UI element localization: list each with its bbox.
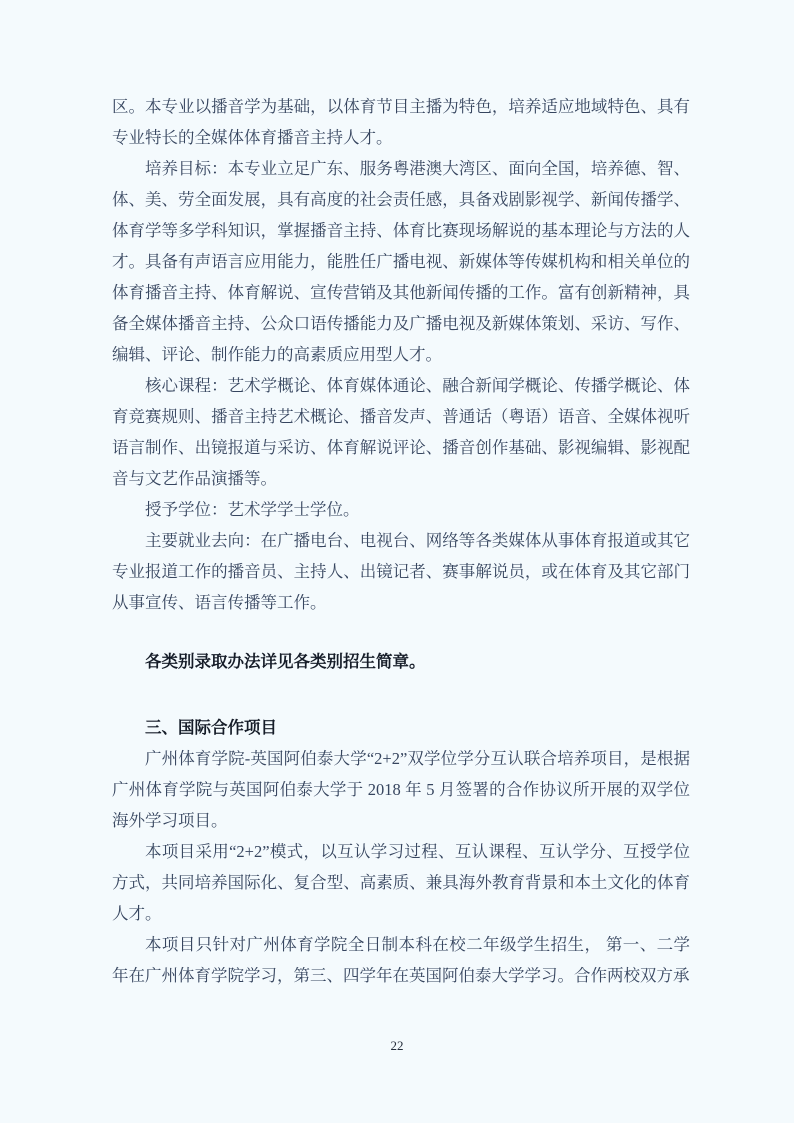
- paragraph-program-eligibility: 本项目只针对广州体育学院全日制本科在校二年级学生招生， 第一、二学年在广州体育学…: [112, 929, 690, 991]
- section-heading-international-cooperation: 三、国际合作项目: [112, 712, 690, 743]
- paragraph-employment-destinations: 主要就业去向：在广播电台、电视台、网络等各类媒体从事体育报道或其它专业报道工作的…: [112, 525, 690, 618]
- paragraph-major-intro-continuation: 区。本专业以播音学为基础，以体育节目主播为特色，培养适应地域特色、具有专业特长的…: [112, 91, 690, 153]
- paragraph-training-objectives: 培养目标：本专业立足广东、服务粤港澳大湾区、面向全国，培养德、智、体、美、劳全面…: [112, 153, 690, 370]
- paragraph-program-mode: 本项目采用“2+2”模式，以互认学习过程、互认课程、互认学分、互授学位方式，共同…: [112, 836, 690, 929]
- document-page: 区。本专业以播音学为基础，以体育节目主播为特色，培养适应地域特色、具有专业特长的…: [0, 0, 794, 1123]
- document-body: 区。本专业以播音学为基础，以体育节目主播为特色，培养适应地域特色、具有专业特长的…: [112, 91, 690, 991]
- paragraph-abertay-program-intro: 广州体育学院-英国阿伯泰大学“2+2”双学位学分互认联合培养项目，是根据广州体育…: [112, 743, 690, 836]
- admission-methods-note: 各类别录取办法详见各类别招生简章。: [112, 646, 690, 677]
- page-number: 22: [0, 1038, 794, 1054]
- paragraph-degree-awarded: 授予学位：艺术学学士学位。: [112, 494, 690, 525]
- paragraph-core-courses: 核心课程：艺术学概论、体育媒体通论、融合新闻学概论、传播学概论、体育竞赛规则、播…: [112, 370, 690, 494]
